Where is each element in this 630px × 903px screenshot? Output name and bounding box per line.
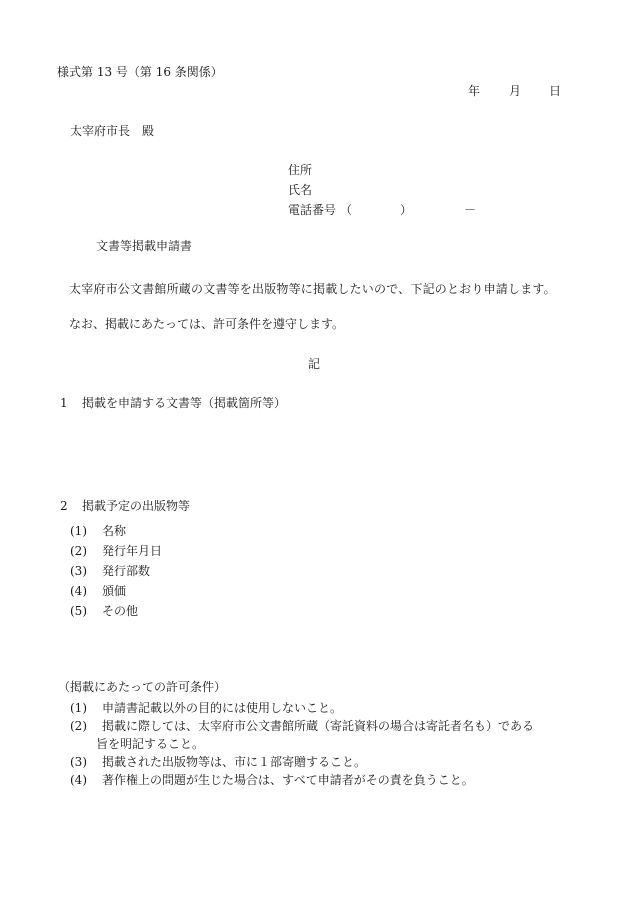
- section-1: 1掲載を申請する文書等（掲載箇所等）: [60, 397, 286, 409]
- list-item: (2)発行年月日: [70, 544, 162, 564]
- name-label: 氏名: [288, 183, 312, 197]
- phone-label: 電話番号: [288, 203, 336, 217]
- condition-item: (3)掲載された出版物等は、市に１部寄贈すること。: [70, 753, 534, 771]
- applicant-name-row: 氏名: [288, 183, 476, 203]
- condition-number: (4): [70, 771, 102, 789]
- condition-item: (4)著作権上の問題が生じた場合は、すべて申請者がその責を負うこと。: [70, 771, 534, 789]
- date-year-label: 年: [468, 85, 509, 97]
- list-item: (3)発行部数: [70, 564, 162, 584]
- item-label: 発行部数: [102, 564, 150, 578]
- applicant-address-row: 住所: [288, 163, 476, 183]
- item-number: (1): [70, 524, 102, 538]
- condition-text: 掲載に際しては、太宰府市公文書館所蔵（寄託資料の場合は寄託者名も）である: [102, 719, 534, 733]
- list-item: (5)その他: [70, 604, 162, 624]
- section-number: 1: [60, 397, 82, 409]
- form-number: 様式第 13 号（第 16 条関係）: [57, 66, 223, 78]
- item-label: 頒価: [102, 584, 126, 598]
- condition-number: (1): [70, 699, 102, 717]
- item-label: その他: [102, 604, 138, 618]
- section-number: 2: [60, 500, 82, 512]
- condition-text: 申請書記載以外の目的には使用しないこと。: [102, 701, 342, 715]
- publication-details-list: (1)名称 (2)発行年月日 (3)発行部数 (4)頒価 (5)その他: [70, 524, 162, 624]
- date-day-label: 日: [549, 85, 561, 97]
- condition-text: 著作権上の問題が生じた場合は、すべて申請者がその責を負うこと。: [102, 773, 474, 787]
- address-label: 住所: [288, 163, 312, 177]
- applicant-phone-row: 電話番号（）－: [288, 203, 476, 223]
- list-item: (1)名称: [70, 524, 162, 544]
- ki-heading: 記: [308, 358, 320, 370]
- item-number: (3): [70, 564, 102, 578]
- phone-paren-close: ）: [400, 203, 412, 217]
- condition-continuation: 旨を明記すること。: [70, 735, 534, 753]
- phone-dash: －: [464, 203, 476, 217]
- addressee-honorific: 殿: [142, 124, 154, 138]
- condition-item: (1)申請書記載以外の目的には使用しないこと。: [70, 699, 534, 717]
- section-2: 2掲載予定の出版物等: [60, 500, 190, 512]
- addressee: 太宰府市長殿: [70, 125, 154, 137]
- addressee-name: 太宰府市長: [70, 124, 130, 138]
- condition-item: (2)掲載に際しては、太宰府市公文書館所蔵（寄託資料の場合は寄託者名も）である: [70, 717, 534, 735]
- conditions-list: (1)申請書記載以外の目的には使用しないこと。 (2)掲載に際しては、太宰府市公…: [70, 699, 534, 789]
- conditions-title: （掲載にあたっての許可条件）: [58, 681, 226, 693]
- section-title: 掲載を申請する文書等（掲載箇所等）: [82, 396, 286, 410]
- date-field: 年月日: [468, 85, 561, 97]
- item-label: 発行年月日: [102, 544, 162, 558]
- date-month-label: 月: [509, 85, 549, 97]
- item-label: 名称: [102, 524, 126, 538]
- document-title: 文書等掲載申請書: [96, 240, 192, 252]
- condition-number: (3): [70, 753, 102, 771]
- item-number: (5): [70, 604, 102, 618]
- item-number: (4): [70, 584, 102, 598]
- list-item: (4)頒価: [70, 584, 162, 604]
- application-statement: 太宰府市公文書館所蔵の文書等を出版物等に掲載したいので、下記のとおり申請します。: [57, 280, 587, 298]
- phone-paren-open: （: [340, 203, 352, 217]
- condition-text: 掲載された出版物等は、市に１部寄贈すること。: [102, 755, 366, 769]
- item-number: (2): [70, 544, 102, 558]
- condition-number: (2): [70, 717, 102, 735]
- applicant-block: 住所 氏名 電話番号（）－: [288, 163, 476, 223]
- section-title: 掲載予定の出版物等: [82, 499, 190, 513]
- compliance-statement: なお、掲載にあたっては、許可条件を遵守します。: [69, 318, 344, 330]
